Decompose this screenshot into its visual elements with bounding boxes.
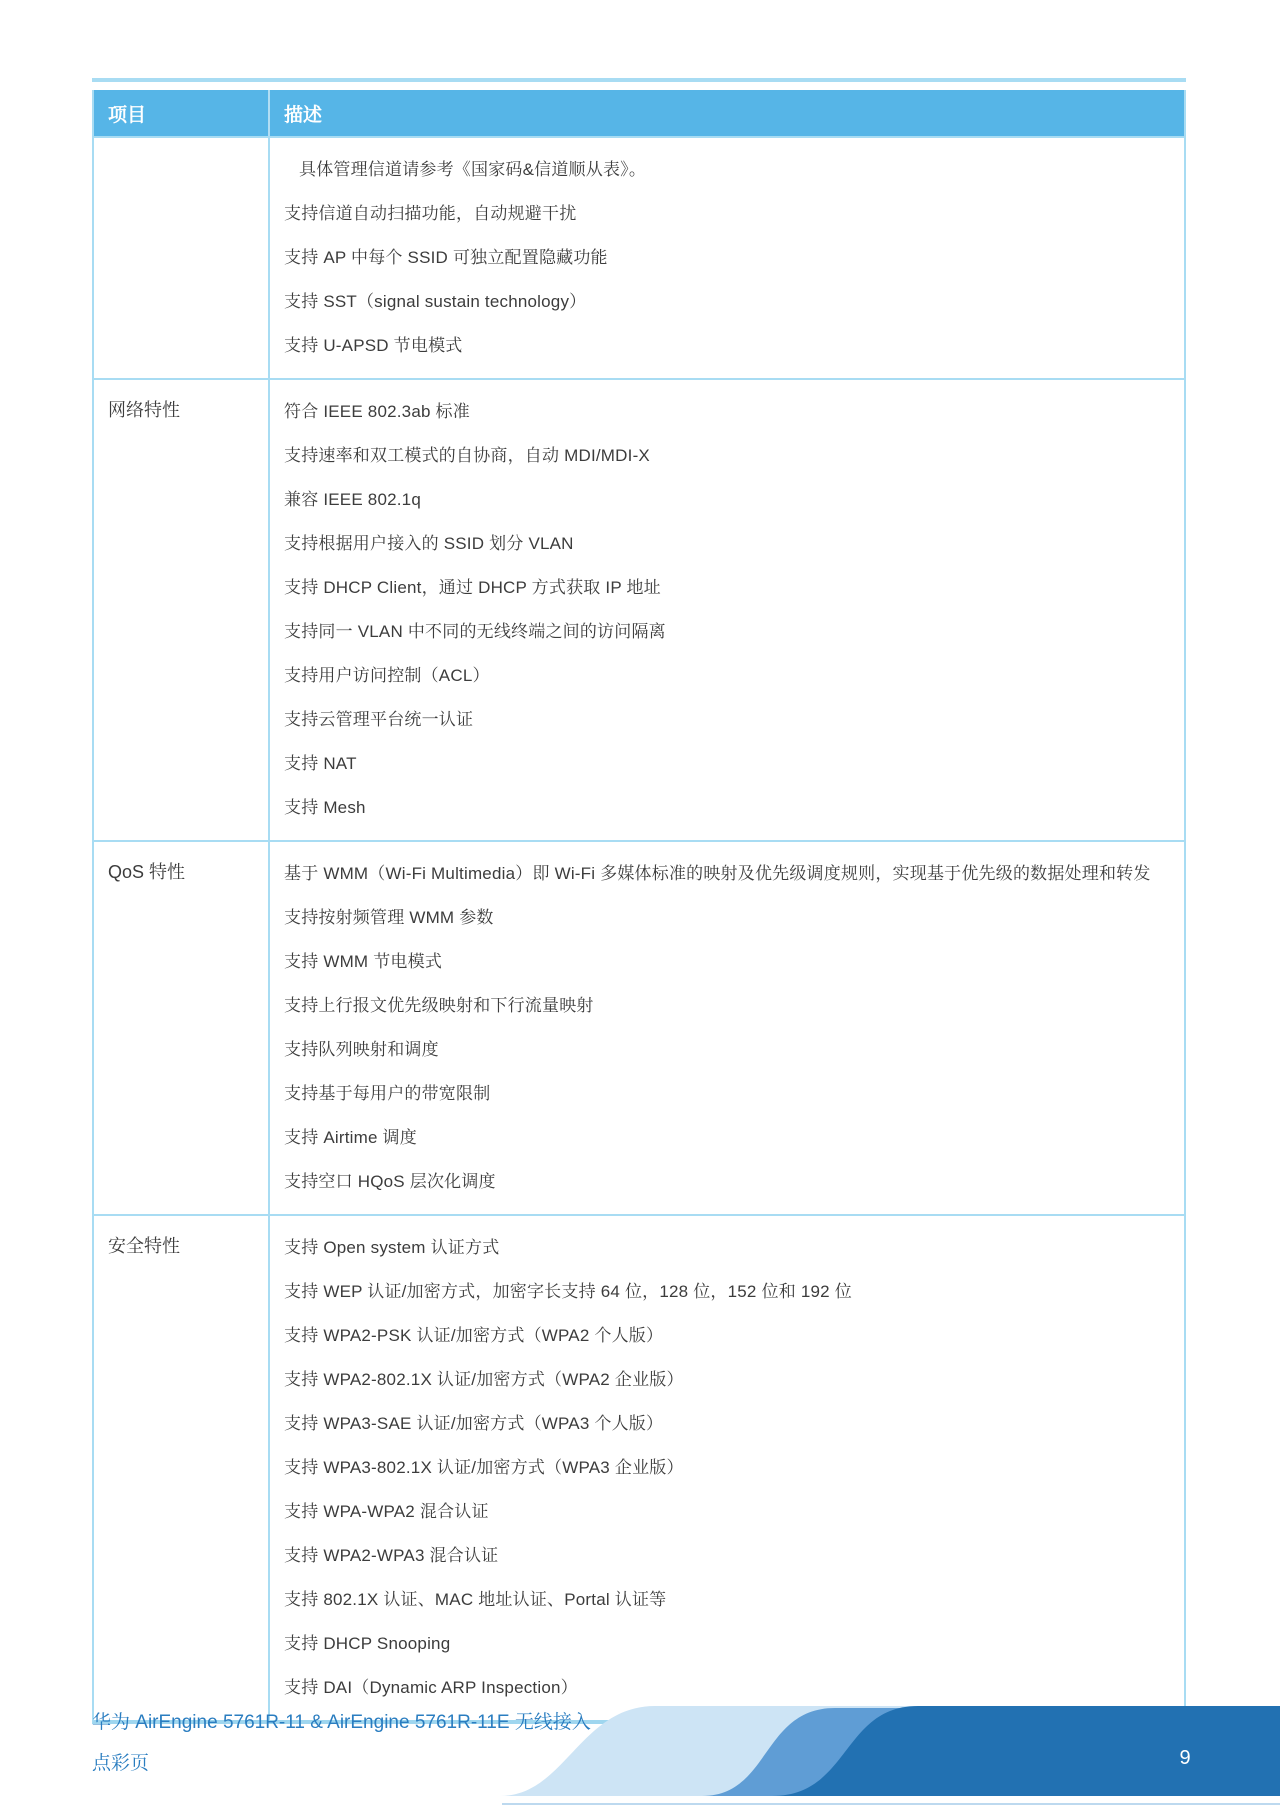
footer-doc-title-line2: 点彩页 [92, 1751, 149, 1777]
footer-wave-graphic [0, 0, 1280, 1810]
document-page: 项目 描述 具体管理信道请参考《国家码&信道顺从表》。支持信道自动扫描功能，自动… [0, 0, 1280, 1810]
page-number: 9 [1170, 1747, 1200, 1770]
footer-bottom-rule [502, 1803, 1280, 1805]
footer-doc-title-line1: 华为 AirEngine 5761R-11 & AirEngine 5761R-… [92, 1710, 591, 1736]
